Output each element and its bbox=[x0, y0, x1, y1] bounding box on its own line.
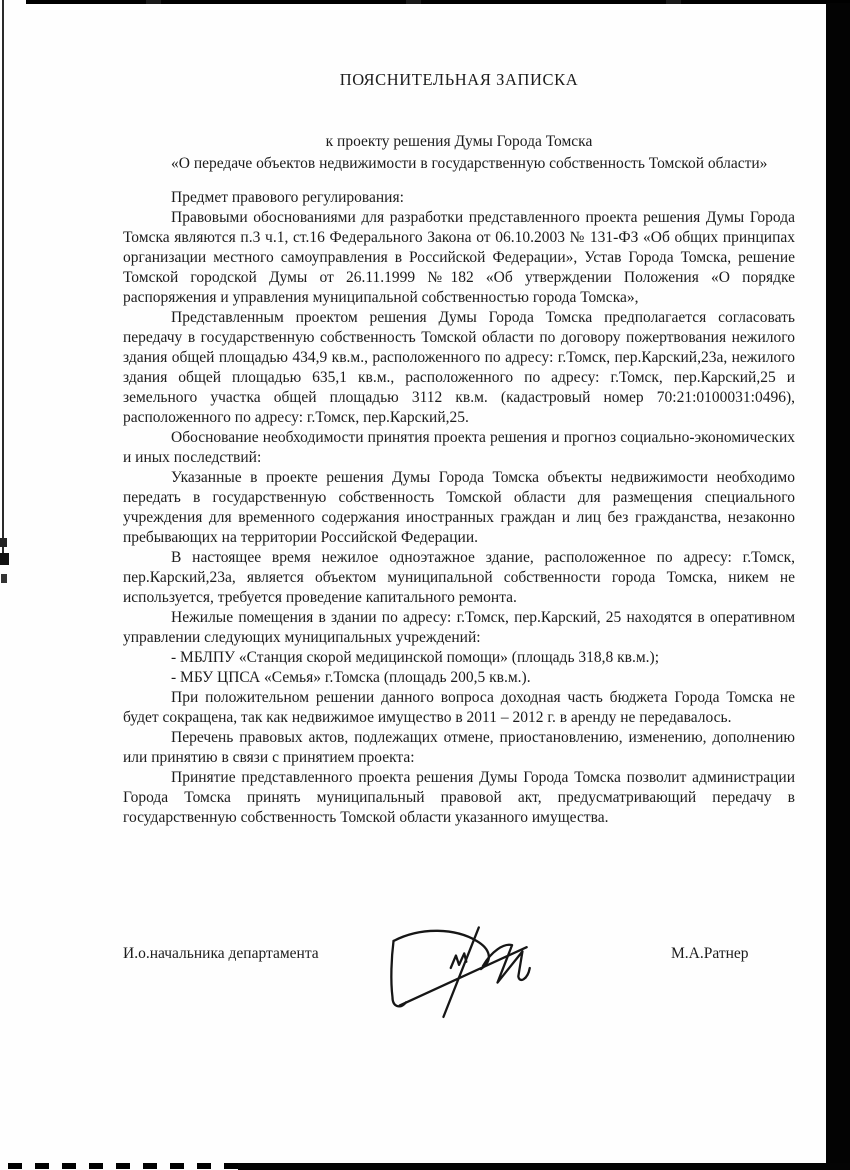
scan-edge-top bbox=[26, 0, 850, 4]
list-item-institution: - МБУ ЦПСА «Семья» г.Томска (площадь 200… bbox=[123, 668, 795, 688]
scan-speck bbox=[1, 574, 7, 583]
scan-speck bbox=[0, 538, 7, 547]
paragraph: Указанные в проекте решения Думы Города … bbox=[123, 468, 795, 548]
document-body: ПОЯСНИТЕЛЬНАЯ ЗАПИСКА к проекту решения … bbox=[123, 70, 795, 828]
signature-scribble-icon bbox=[374, 916, 542, 1020]
scan-edge-bottom-dashes bbox=[8, 1163, 238, 1169]
document-subject-line: «О передаче объектов недвижимости в госу… bbox=[123, 153, 795, 175]
paragraph: Принятие представленного проекта решения… bbox=[123, 768, 795, 828]
signature-name: М.А.Ратнер bbox=[671, 945, 749, 963]
scanned-document-page: ПОЯСНИТЕЛЬНАЯ ЗАПИСКА к проекту решения … bbox=[0, 0, 850, 1170]
paragraph: Обоснование необходимости принятия проек… bbox=[123, 428, 795, 468]
list-item-institution: - МБЛПУ «Станция скорой медицинской помо… bbox=[123, 648, 795, 668]
signature-position-label: И.о.начальника департамента bbox=[123, 945, 319, 963]
paragraph: Правовыми обоснованиями для разработки п… bbox=[123, 208, 795, 308]
document-title: ПОЯСНИТЕЛЬНАЯ ЗАПИСКА bbox=[123, 70, 795, 90]
document-addressee-line: к проекту решения Думы Города Томска bbox=[123, 131, 795, 153]
paragraph: Предмет правового регулирования: bbox=[123, 188, 795, 208]
scan-edge-bottom bbox=[238, 1163, 850, 1170]
scan-speck bbox=[0, 553, 9, 565]
scan-edge-left bbox=[2, 0, 4, 553]
paragraph: При положительном решении данного вопрос… bbox=[123, 688, 795, 728]
paragraph: Нежилые помещения в здании по адресу: г.… bbox=[123, 608, 795, 648]
scan-edge-right bbox=[826, 3, 850, 1170]
paragraph: Представленным проектом решения Думы Гор… bbox=[123, 308, 795, 428]
paragraph: В настоящее время нежилое одноэтажное зд… bbox=[123, 548, 795, 608]
paragraph: Перечень правовых актов, подлежащих отме… bbox=[123, 728, 795, 768]
